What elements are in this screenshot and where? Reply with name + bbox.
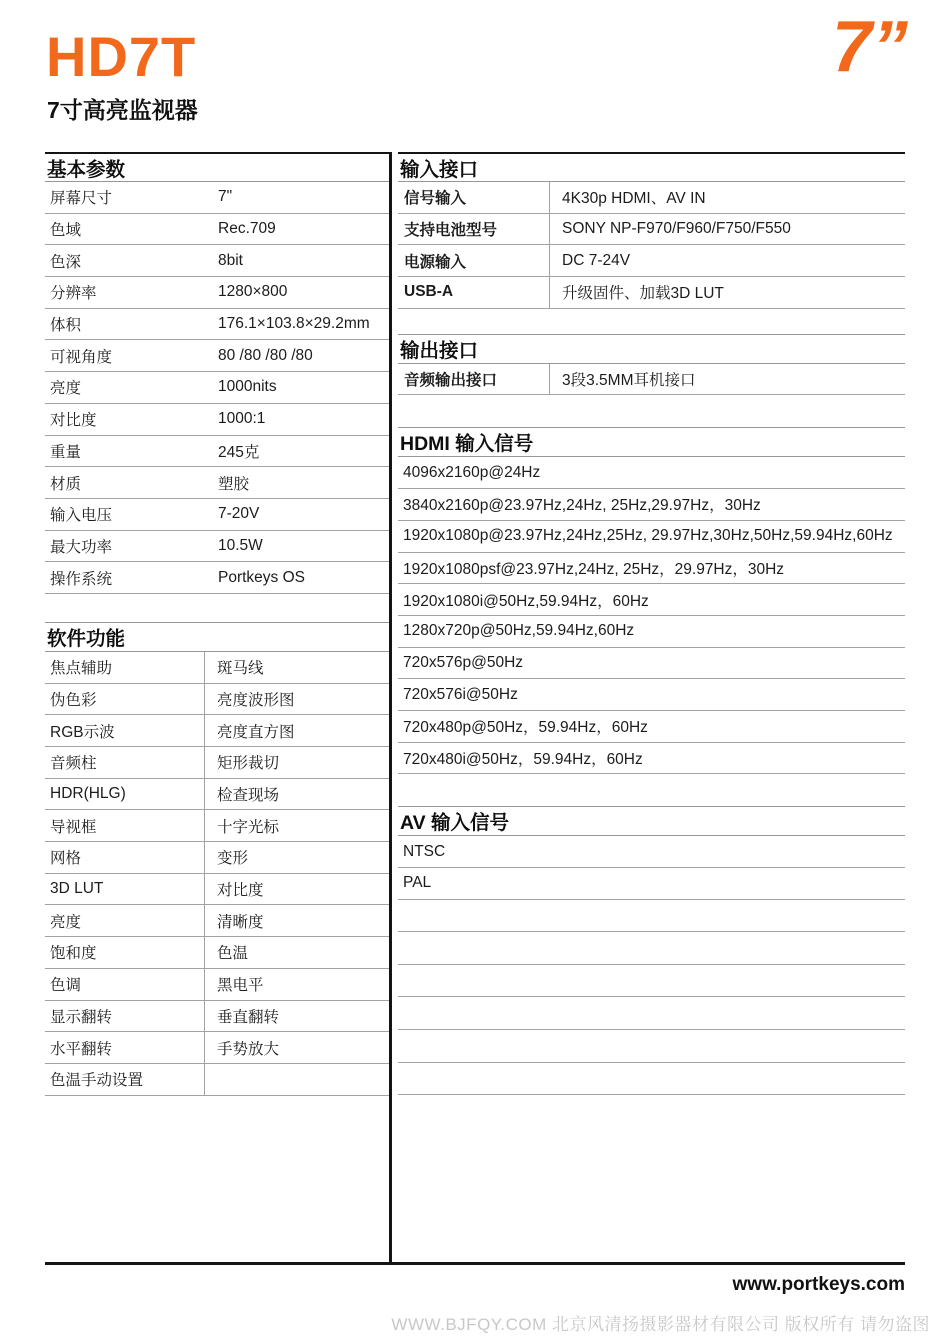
left-column: 基本参数 屏幕尺寸 7" 色域 Rec.709 色深 8bit 分辨率 1280… [45, 152, 389, 1096]
spec-label: 色调 [45, 969, 205, 1000]
av-signals-section: AV 输入信号 NTSC PAL [398, 806, 905, 1095]
spec-value: 7-20V [218, 505, 389, 523]
signal-value: 3840x2160p@23.97Hz,24Hz, 25Hz,29.97Hz，30… [398, 493, 905, 515]
input-interface-title: 输入接口 [398, 152, 905, 182]
signal-row: 720x480i@50Hz，59.94Hz，60Hz [398, 743, 905, 775]
spec-label: 对比度 [45, 408, 218, 430]
spec-label: 伪色彩 [45, 684, 205, 715]
spec-label: 操作系统 [45, 567, 218, 589]
spec-value: 4K30p HDMI、AV IN [550, 186, 905, 208]
signal-value: 1920x1080p@23.97Hz,24Hz,25Hz, 29.97Hz,30… [398, 527, 905, 545]
spec-label: USB-A [398, 277, 550, 308]
spec-label: RGB示波 [45, 715, 205, 746]
product-subtitle: 7寸高亮监视器 [47, 92, 198, 125]
spec-row: 分辨率 1280×800 [45, 277, 389, 309]
spec-value: 色温 [205, 941, 389, 963]
spec-label: 材质 [45, 472, 218, 494]
software-features-title: 软件功能 [45, 622, 389, 652]
spec-label: 3D LUT [45, 874, 205, 905]
input-interface-section: 输入接口 信号输入 4K30p HDMI、AV IN 支持电池型号 SONY N… [398, 152, 905, 309]
empty-row [398, 997, 905, 1030]
hdmi-signals-title: HDMI 输入信号 [398, 427, 905, 457]
spec-label: 最大功率 [45, 535, 218, 557]
signal-row: 720x576i@50Hz [398, 679, 905, 711]
spec-value: 升级固件、加载3D LUT [550, 281, 905, 303]
software-features-section: 软件功能 焦点辅助 斑马线 伪色彩 亮度波形图 RGB示波 亮度直方图 音频柱 … [45, 622, 389, 1096]
spec-value: 垂直翻转 [205, 1005, 389, 1027]
signal-row: 4096x2160p@24Hz [398, 457, 905, 489]
spec-columns: 基本参数 屏幕尺寸 7" 色域 Rec.709 色深 8bit 分辨率 1280… [45, 152, 905, 1265]
hdmi-signals-section: HDMI 输入信号 4096x2160p@24Hz 3840x2160p@23.… [398, 427, 905, 774]
empty-row [398, 965, 905, 998]
spec-row: 显示翻转 垂直翻转 [45, 1001, 389, 1033]
spec-label: 信号输入 [398, 182, 550, 213]
empty-row [398, 1030, 905, 1063]
spec-value: 手势放大 [205, 1037, 389, 1059]
spec-value: 检查现场 [205, 783, 389, 805]
spec-label: 网格 [45, 842, 205, 873]
empty-row [398, 932, 905, 965]
spec-row: HDR(HLG) 检查现场 [45, 779, 389, 811]
signal-value: 1280x720p@50Hz,59.94Hz,60Hz [398, 622, 905, 640]
spec-label: 支持电池型号 [398, 214, 550, 245]
spec-label: 音频柱 [45, 747, 205, 778]
spec-row: 对比度 1000:1 [45, 404, 389, 436]
spec-row: 屏幕尺寸 7" [45, 182, 389, 214]
spec-label: 色域 [45, 218, 218, 240]
spec-row: 伪色彩 亮度波形图 [45, 684, 389, 716]
spec-row: 色域 Rec.709 [45, 214, 389, 246]
spec-label: 重量 [45, 440, 218, 462]
spec-label: 色温手动设置 [45, 1064, 205, 1095]
spec-value: 80 /80 /80 /80 [218, 347, 389, 365]
signal-row: 1920x1080p@23.97Hz,24Hz,25Hz, 29.97Hz,30… [398, 521, 905, 553]
signal-row: 720x576p@50Hz [398, 648, 905, 680]
website-text: www.portkeys.com [733, 1274, 905, 1296]
spec-row: 焦点辅助 斑马线 [45, 652, 389, 684]
spec-label: 水平翻转 [45, 1032, 205, 1063]
spec-label: 亮度 [45, 905, 205, 936]
software-features-table: 焦点辅助 斑马线 伪色彩 亮度波形图 RGB示波 亮度直方图 音频柱 矩形裁切 … [45, 652, 389, 1096]
right-column: 输入接口 信号输入 4K30p HDMI、AV IN 支持电池型号 SONY N… [398, 152, 905, 1095]
signal-row: 720x480p@50Hz，59.94Hz，60Hz [398, 711, 905, 743]
av-signals-table: NTSC PAL [398, 836, 905, 899]
spec-value: 8bit [218, 252, 389, 270]
spec-row: 水平翻转 手势放大 [45, 1032, 389, 1064]
spec-value: 10.5W [218, 537, 389, 555]
signal-value: 720x576i@50Hz [398, 686, 905, 704]
spec-label: 可视角度 [45, 345, 218, 367]
watermark-text: WWW.BJFQY.COM 北京风清扬摄影器材有限公司 版权所有 请勿盗图 [391, 1310, 930, 1335]
spec-row: 色深 8bit [45, 245, 389, 277]
spec-row: 支持电池型号 SONY NP-F970/F960/F750/F550 [398, 214, 905, 246]
spec-value: 亮度直方图 [205, 720, 389, 742]
spec-value: 十字光标 [205, 815, 389, 837]
spec-row: 输入电压 7-20V [45, 499, 389, 531]
spec-row: 导视框 十字光标 [45, 810, 389, 842]
spec-row: 饱和度 色温 [45, 937, 389, 969]
spec-value: 245克 [218, 440, 389, 462]
product-title: HD7T [46, 24, 196, 89]
basic-params-section: 基本参数 屏幕尺寸 7" 色域 Rec.709 色深 8bit 分辨率 1280… [45, 152, 389, 594]
spec-value: 矩形裁切 [205, 751, 389, 773]
spec-value: 1280×800 [218, 283, 389, 301]
basic-params-title: 基本参数 [45, 152, 389, 182]
spec-label: 音频输出接口 [398, 364, 550, 395]
spec-label: 屏幕尺寸 [45, 186, 218, 208]
signal-row: PAL [398, 868, 905, 900]
signal-value: 720x576p@50Hz [398, 654, 905, 672]
spec-value: 变形 [205, 846, 389, 868]
screen-size-badge: 7” [832, 6, 908, 88]
spec-row: 材质 塑胶 [45, 467, 389, 499]
spec-row: 亮度 1000nits [45, 372, 389, 404]
spec-value: Portkeys OS [218, 569, 389, 587]
input-interface-table: 信号输入 4K30p HDMI、AV IN 支持电池型号 SONY NP-F97… [398, 182, 905, 309]
spec-value: 斑马线 [205, 656, 389, 678]
signal-value: 720x480i@50Hz，59.94Hz，60Hz [398, 747, 905, 769]
signal-value: 720x480p@50Hz，59.94Hz，60Hz [398, 715, 905, 737]
spec-row: 3D LUT 对比度 [45, 874, 389, 906]
spec-value: 176.1×103.8×29.2mm [218, 315, 389, 333]
spec-value: 黑电平 [205, 973, 389, 995]
spec-row: 音频输出接口 3段3.5MM耳机接口 [398, 364, 905, 396]
spec-value: 1000nits [218, 378, 389, 396]
spec-value: DC 7-24V [550, 252, 905, 270]
spec-label: 亮度 [45, 376, 218, 398]
spec-label: 输入电压 [45, 503, 218, 525]
spec-row: 音频柱 矩形裁切 [45, 747, 389, 779]
signal-row: 3840x2160p@23.97Hz,24Hz, 25Hz,29.97Hz，30… [398, 489, 905, 521]
spec-row: 亮度 清晰度 [45, 905, 389, 937]
signal-value: 1920x1080i@50Hz,59.94Hz，60Hz [398, 589, 905, 611]
spec-row: 可视角度 80 /80 /80 /80 [45, 340, 389, 372]
spec-value: SONY NP-F970/F960/F750/F550 [550, 220, 905, 238]
spec-row: 色温手动设置 [45, 1064, 389, 1096]
spec-label: 电源输入 [398, 245, 550, 276]
hdmi-signals-table: 4096x2160p@24Hz 3840x2160p@23.97Hz,24Hz,… [398, 457, 905, 774]
basic-params-table: 屏幕尺寸 7" 色域 Rec.709 色深 8bit 分辨率 1280×800 … [45, 182, 389, 594]
spec-row: 体积 176.1×103.8×29.2mm [45, 309, 389, 341]
empty-row [398, 1063, 905, 1096]
signal-value: 1920x1080psf@23.97Hz,24Hz, 25Hz，29.97Hz，… [398, 557, 905, 579]
signal-row: 1280x720p@50Hz,59.94Hz,60Hz [398, 616, 905, 648]
spec-value: 7" [218, 188, 389, 206]
spec-value: 塑胶 [218, 472, 389, 494]
spec-label: HDR(HLG) [45, 779, 205, 810]
spec-label: 显示翻转 [45, 1001, 205, 1032]
output-interface-section: 输出接口 音频输出接口 3段3.5MM耳机接口 [398, 334, 905, 396]
spec-row: 网格 变形 [45, 842, 389, 874]
spec-label: 饱和度 [45, 937, 205, 968]
signal-row: NTSC [398, 836, 905, 868]
signal-row: 1920x1080i@50Hz,59.94Hz，60Hz [398, 584, 905, 616]
empty-row [398, 900, 905, 933]
spec-value: 清晰度 [205, 910, 389, 932]
spec-value: 对比度 [205, 878, 389, 900]
signal-value: NTSC [398, 843, 905, 861]
av-signals-title: AV 输入信号 [398, 806, 905, 836]
spec-row: 操作系统 Portkeys OS [45, 562, 389, 594]
spec-row: 电源输入 DC 7-24V [398, 245, 905, 277]
signal-row: 1920x1080psf@23.97Hz,24Hz, 25Hz，29.97Hz，… [398, 553, 905, 585]
spec-sheet-page: HD7T 7寸高亮监视器 7” 基本参数 屏幕尺寸 7" 色域 Rec.709 … [0, 0, 950, 1344]
spec-label: 色深 [45, 250, 218, 272]
spec-value: 1000:1 [218, 410, 389, 428]
spec-label: 导视框 [45, 810, 205, 841]
spec-value: Rec.709 [218, 220, 389, 238]
spec-value: 亮度波形图 [205, 688, 389, 710]
spec-label: 分辨率 [45, 281, 218, 303]
output-interface-title: 输出接口 [398, 334, 905, 364]
spec-row: USB-A 升级固件、加载3D LUT [398, 277, 905, 309]
spec-row: 信号输入 4K30p HDMI、AV IN [398, 182, 905, 214]
signal-value: PAL [398, 874, 905, 892]
spec-row: RGB示波 亮度直方图 [45, 715, 389, 747]
spec-row: 最大功率 10.5W [45, 531, 389, 563]
spec-value: 3段3.5MM耳机接口 [550, 368, 905, 390]
signal-value: 4096x2160p@24Hz [398, 464, 905, 482]
spec-label: 焦点辅助 [45, 652, 205, 683]
spec-row: 重量 245克 [45, 436, 389, 468]
output-interface-table: 音频输出接口 3段3.5MM耳机接口 [398, 364, 905, 396]
spec-row: 色调 黑电平 [45, 969, 389, 1001]
spec-label: 体积 [45, 313, 218, 335]
